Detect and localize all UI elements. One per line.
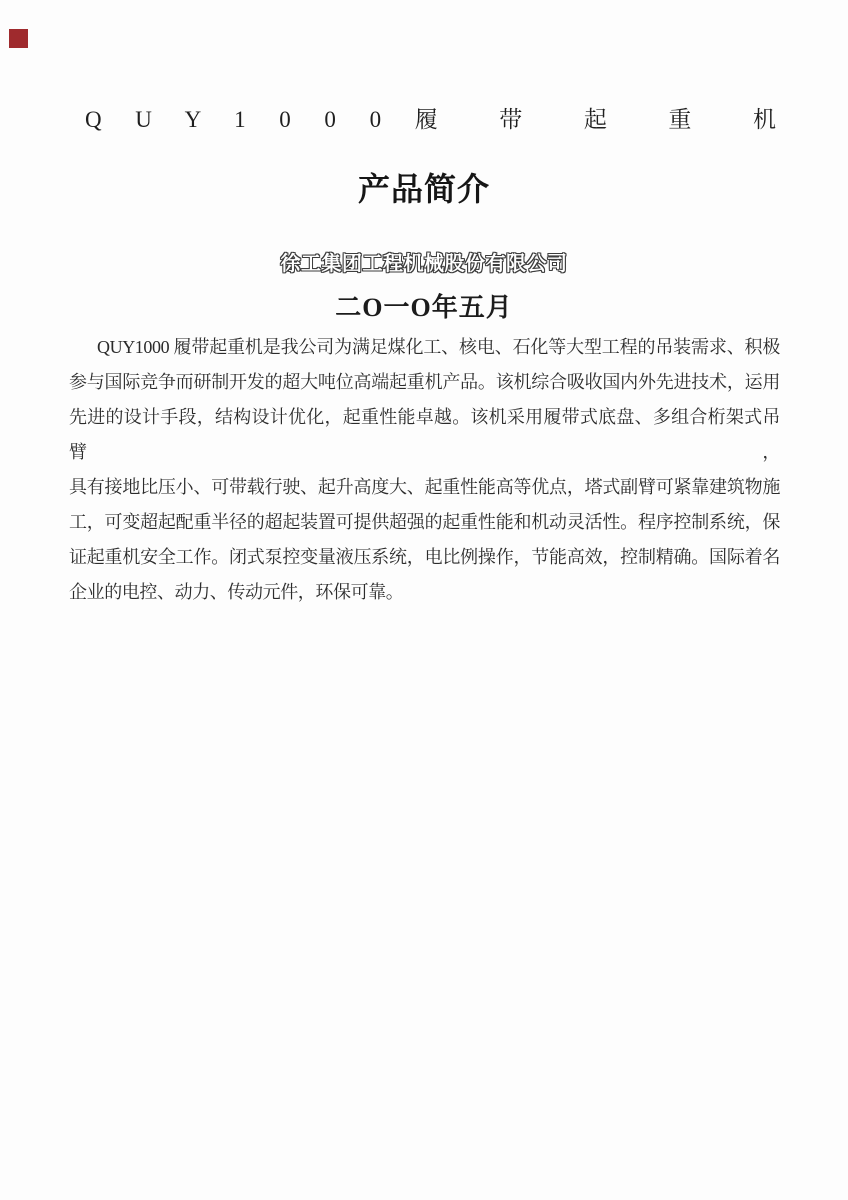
doc-title: Q U Y 1 0 0 0 履 带 起 重 机 xyxy=(85,105,776,135)
paragraph-line: 证起重机安全工作。闭式泵控变量液压系统，电比例操作，节能高效，控制精确。国际着名 xyxy=(69,540,780,575)
intro-paragraph: QUY1000 履带起重机是我公司为满足煤化工、核电、石化等大型工程的吊装需求、… xyxy=(69,330,780,610)
red-stamp-mark xyxy=(9,29,28,48)
publication-date: 二O一O年五月 xyxy=(0,290,848,326)
paragraph-line: 具有接地比压小、可带载行驶、起升高度大、起重性能高等优点，塔式副臂可紧靠建筑物施 xyxy=(69,470,780,505)
section-heading: 产品简介 xyxy=(0,168,848,210)
paragraph-line: 企业的电控、动力、传动元件，环保可靠。 xyxy=(69,575,780,610)
document-page: Q U Y 1 0 0 0 履 带 起 重 机 产品简介 徐工集团工程机械股份有… xyxy=(0,0,848,1200)
paragraph-line: 工，可变超起配重半径的超起装置可提供超强的起重性能和机动灵活性。程序控制系统，保 xyxy=(69,505,780,540)
paragraph-line: 参与国际竞争而研制开发的超大吨位高端起重机产品。该机综合吸收国内外先进技术，运用 xyxy=(69,365,780,400)
company-name: 徐工集团工程机械股份有限公司 xyxy=(0,249,848,279)
paragraph-line: QUY1000 履带起重机是我公司为满足煤化工、核电、石化等大型工程的吊装需求、… xyxy=(69,330,780,365)
paragraph-line: 先进的设计手段，结构设计优化，起重性能卓越。该机采用履带式底盘、多组合桁架式吊臂… xyxy=(69,400,780,470)
